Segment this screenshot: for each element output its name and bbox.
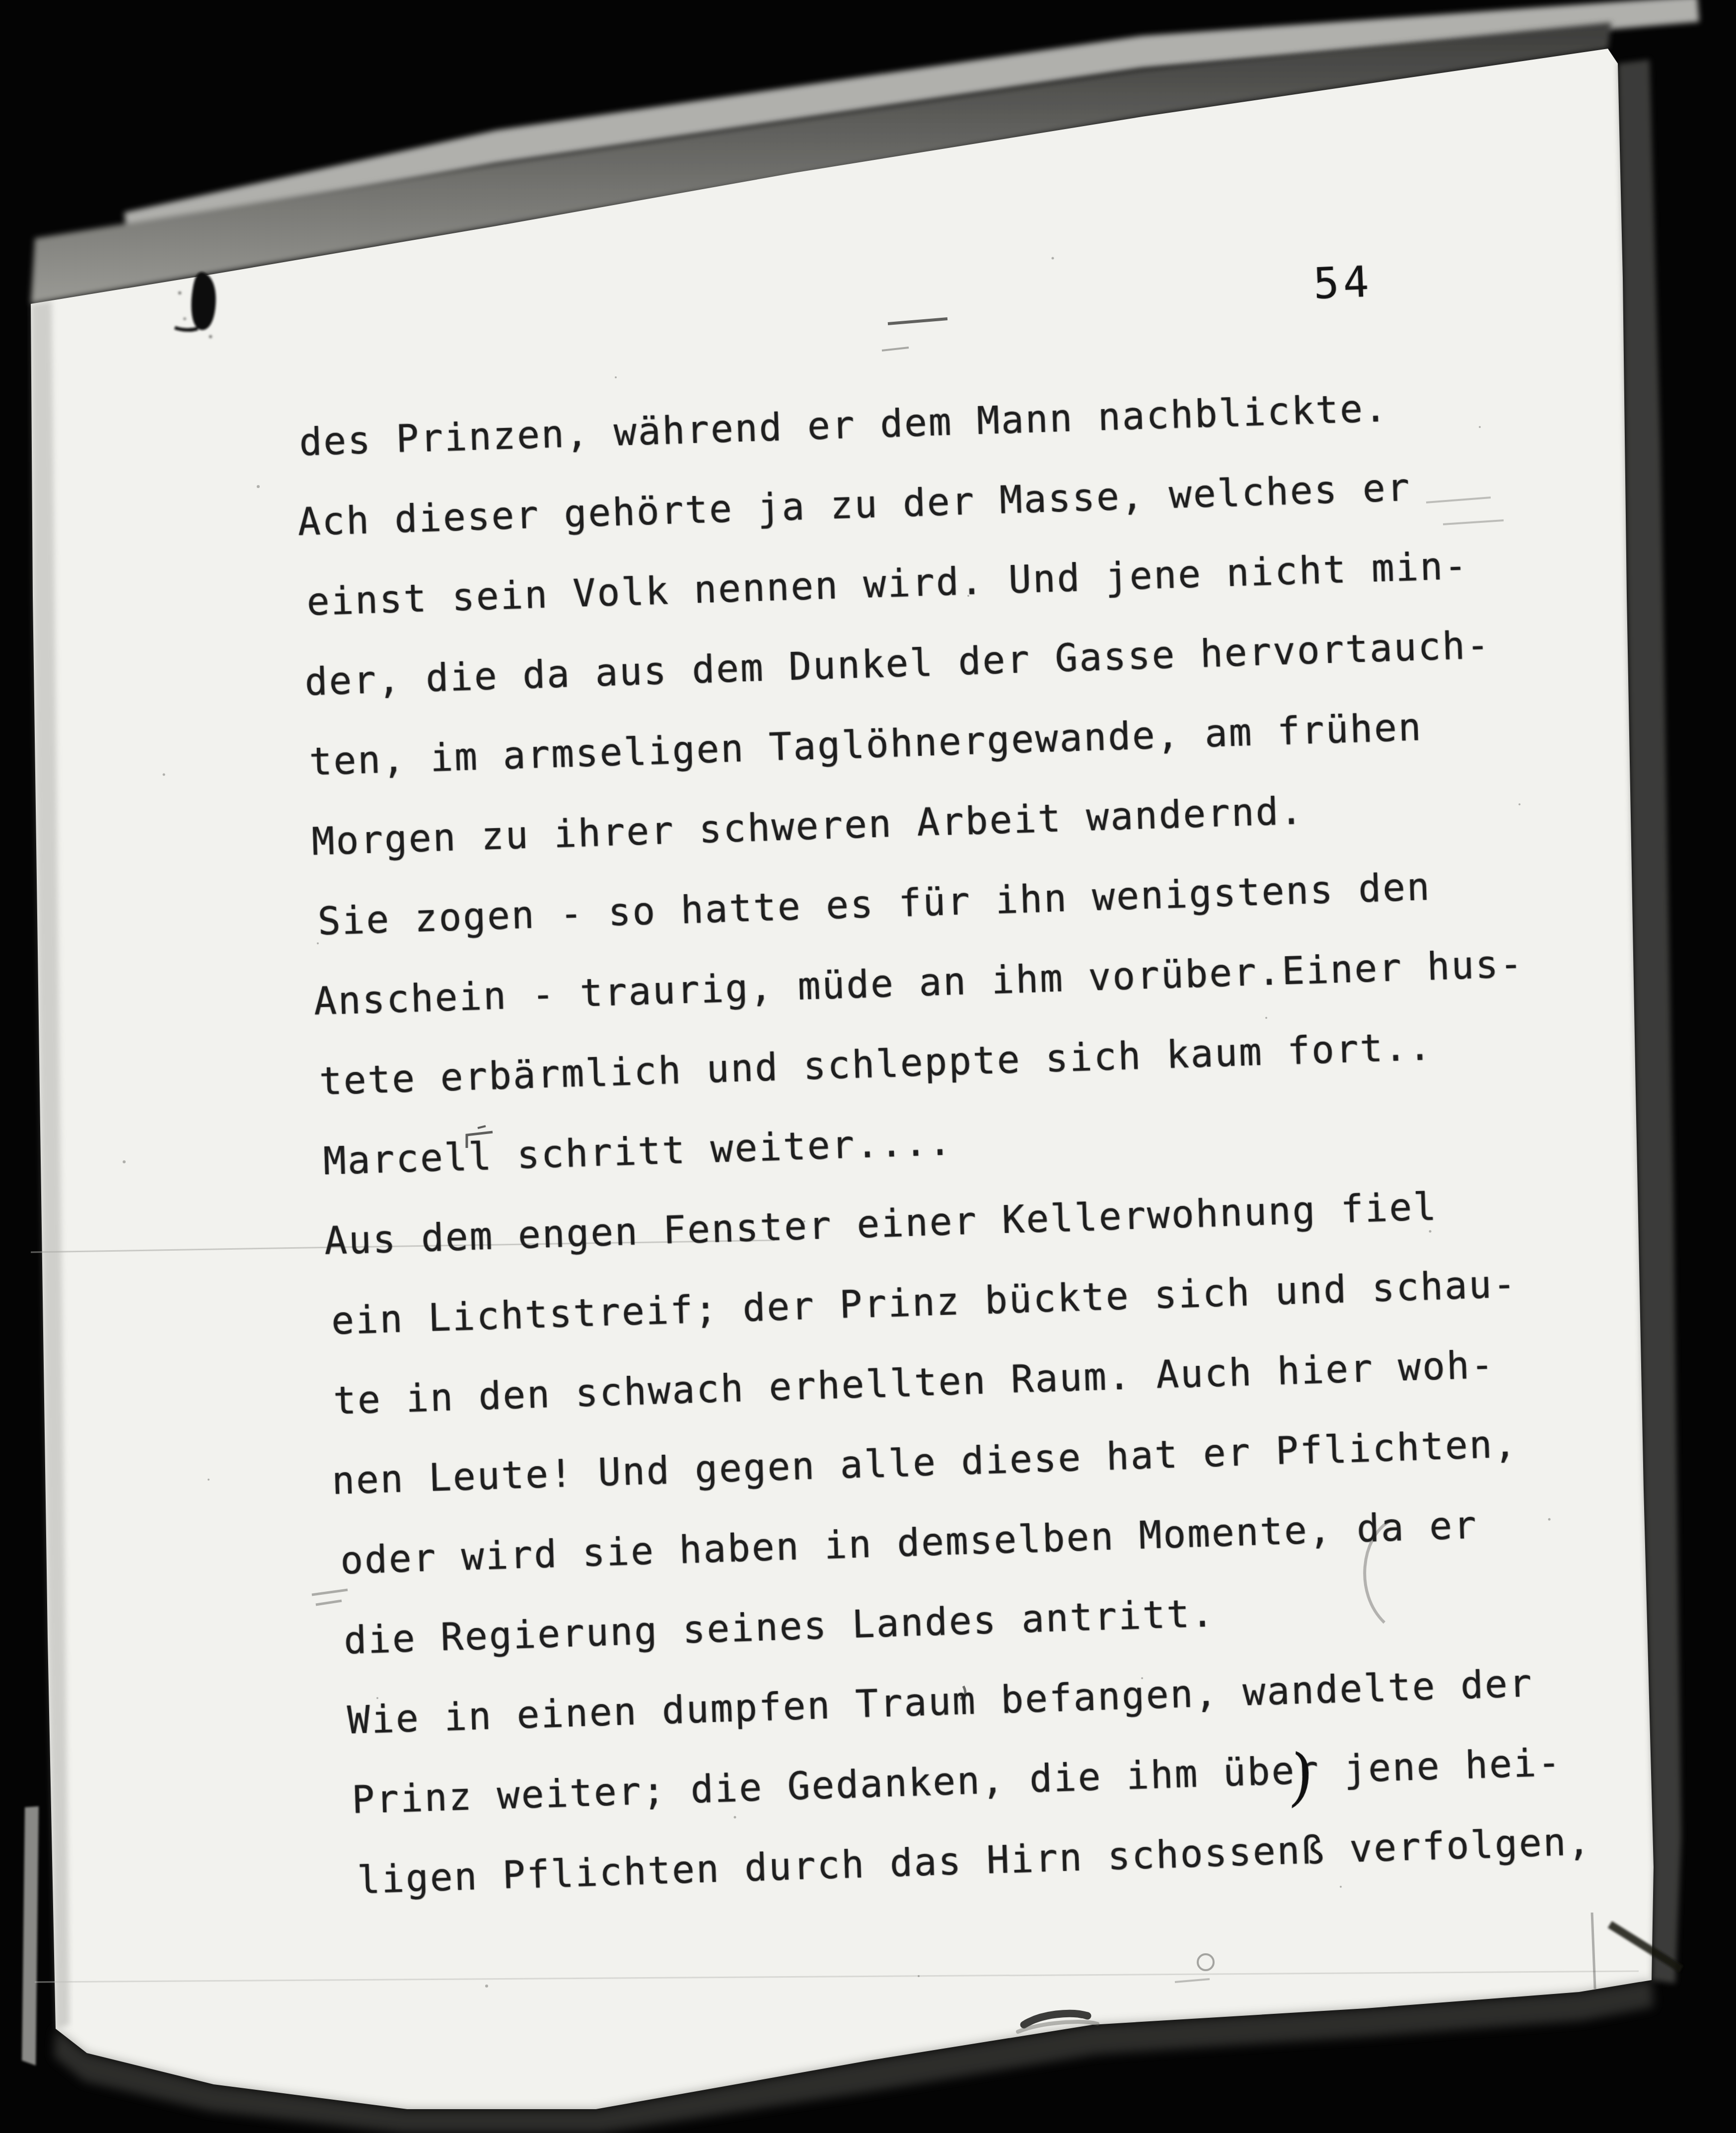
page-number: 54 xyxy=(1312,257,1374,309)
scanned-document-photo: des Prinzen, während er dem Mann nachbli… xyxy=(0,0,1736,2133)
typewritten-text-block: des Prinzen, während er dem Mann nachbli… xyxy=(298,359,1726,1920)
